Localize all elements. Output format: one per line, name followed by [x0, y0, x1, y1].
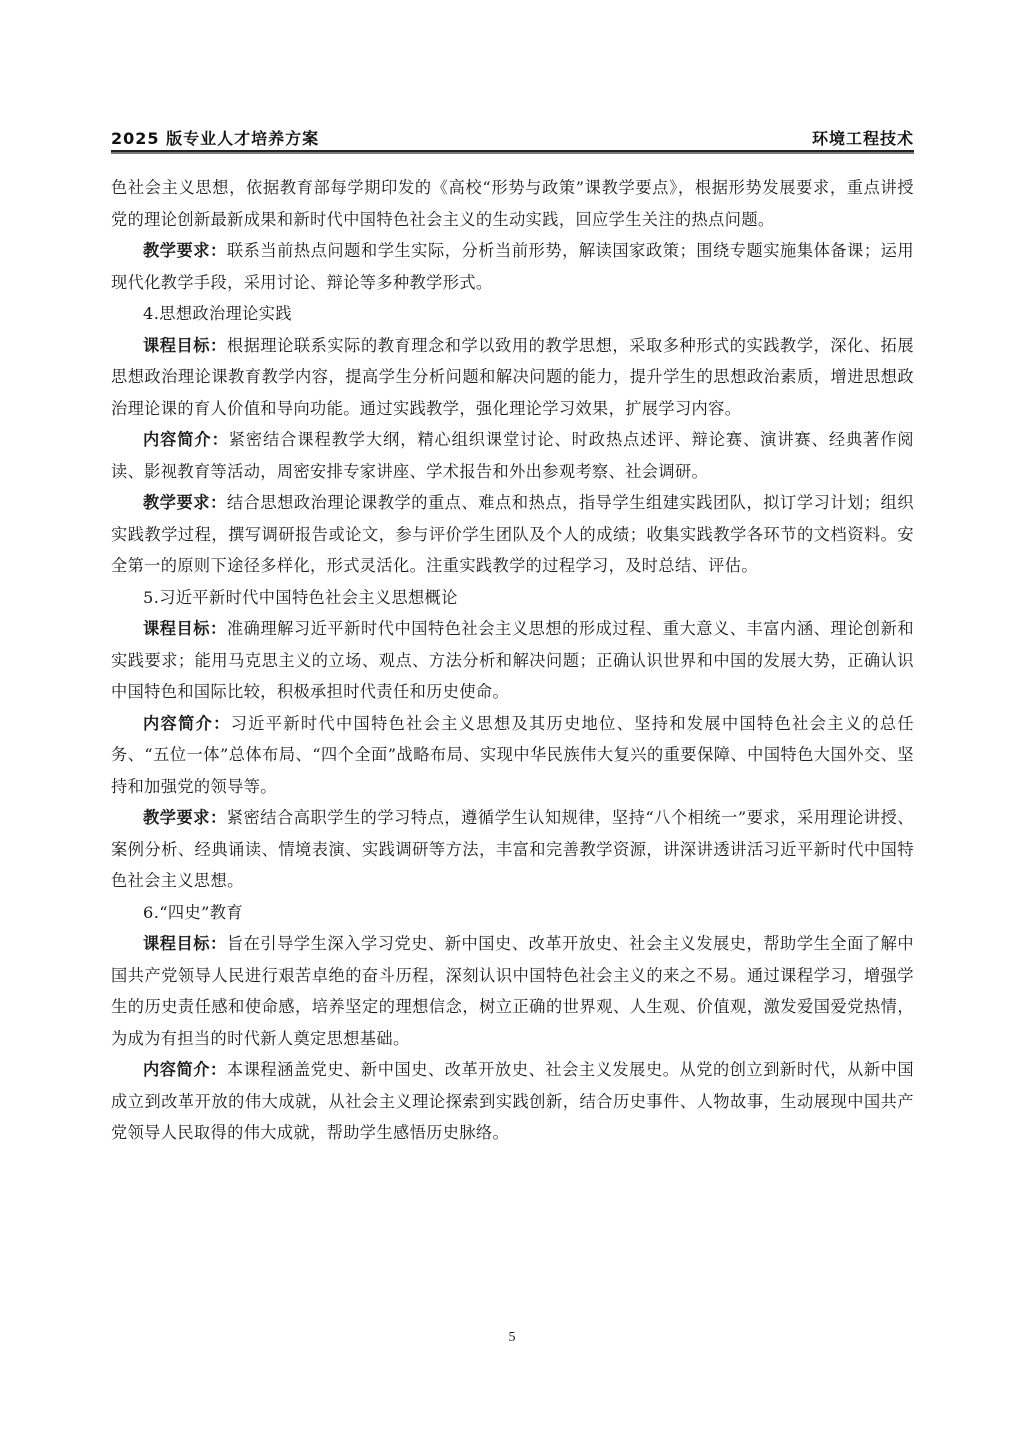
paragraph-teaching-requirements: 教学要求：结合思想政治理论课教学的重点、难点和热点，指导学生组建实践团队，拟订学…: [111, 487, 914, 582]
paragraph-content-intro: 内容简介：紧密结合课程教学大纲，精心组织课堂讨论、时政热点述评、辩论赛、演讲赛、…: [111, 424, 914, 487]
section-heading: 5.习近平新时代中国特色社会主义思想概论: [111, 582, 914, 614]
paragraph-label: 课程目标：: [143, 934, 227, 953]
paragraph-teaching-requirements: 教学要求：紧密结合高职学生的学习特点，遵循学生认知规律，坚持“八个相统一”要求，…: [111, 802, 914, 897]
paragraph-label: 课程目标：: [143, 336, 227, 355]
page-number: 5: [0, 1330, 1024, 1346]
paragraph-content-intro: 内容简介：习近平新时代中国特色社会主义思想及其历史地位、坚持和发展中国特色社会主…: [111, 708, 914, 803]
paragraph-label: 教学要求：: [143, 493, 227, 512]
paragraph-course-objective: 课程目标：旨在引导学生深入学习党史、新中国史、改革开放史、社会主义发展史，帮助学…: [111, 928, 914, 1054]
paragraph-content-intro: 内容简介：本课程涵盖党史、新中国史、改革开放史、社会主义发展史。从党的创立到新时…: [111, 1054, 914, 1149]
paragraph-label: 内容简介：: [143, 714, 231, 733]
paragraph-course-objective: 课程目标：准确理解习近平新时代中国特色社会主义思想的形成过程、重大意义、丰富内涵…: [111, 613, 914, 708]
section-heading: 6.“四史”教育: [111, 897, 914, 929]
page-header: 2025 版专业人才培养方案 环境工程技术: [111, 125, 914, 149]
paragraph-label: 内容简介：: [143, 430, 229, 449]
paragraph-label: 教学要求：: [143, 808, 227, 827]
paragraph-label: 课程目标：: [143, 619, 227, 638]
document-body: 色社会主义思想，依据教育部每学期印发的《高校“形势与政策”课教学要点》，根据形势…: [111, 172, 914, 1149]
section-heading: 4.思想政治理论实践: [111, 298, 914, 330]
paragraph-continuation: 色社会主义思想，依据教育部每学期印发的《高校“形势与政策”课教学要点》，根据形势…: [111, 172, 914, 235]
paragraph-teaching-requirements: 教学要求：联系当前热点问题和学生实际，分析当前形势，解读国家政策；围绕专题实施集…: [111, 235, 914, 298]
paragraph-course-objective: 课程目标：根据理论联系实际的教育理念和学以致用的教学思想，采取多种形式的实践教学…: [111, 330, 914, 425]
paragraph-label: 教学要求：: [143, 241, 227, 260]
header-rule-divider: [111, 150, 914, 154]
header-major-name: 环境工程技术: [812, 126, 914, 149]
paragraph-label: 内容简介：: [143, 1060, 227, 1079]
header-document-title: 2025 版专业人才培养方案: [111, 126, 319, 149]
